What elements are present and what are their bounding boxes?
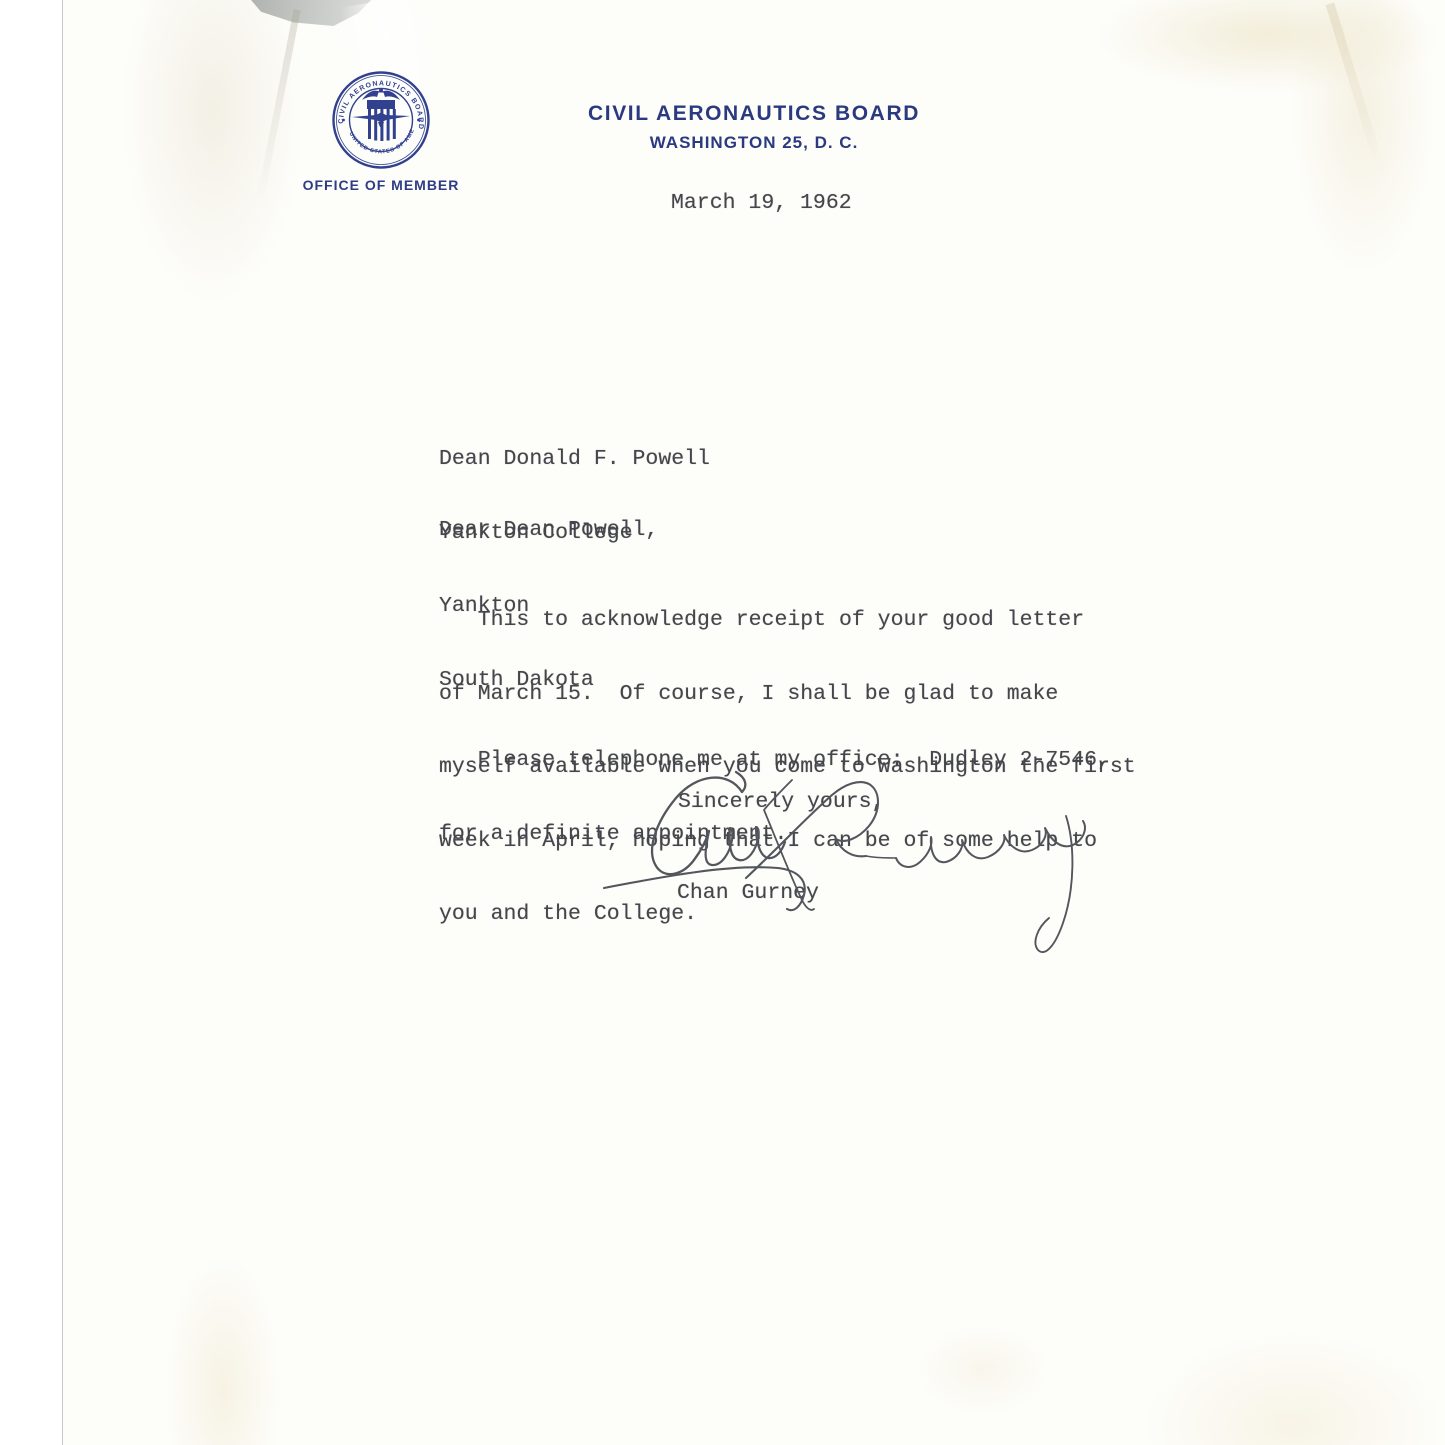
office-of-member-label: OFFICE OF MEMBER (301, 177, 461, 193)
agency-address: WASHINGTON 25, D. C. (63, 133, 1445, 153)
agency-name: CIVIL AERONAUTICS BOARD (63, 102, 1445, 126)
salutation: Dear Dean Powell, (439, 518, 658, 543)
torn-paper-notch (246, 0, 371, 26)
handwritten-signature (596, 758, 1156, 973)
recipient-line: Dean Donald F. Powell (439, 447, 710, 472)
body-line: This to acknowledge receipt of your good… (439, 608, 1136, 633)
scanned-letter: CIVIL AERONAUTICS BOARD UNITED STATES OF… (0, 0, 1445, 1445)
letter-paper: CIVIL AERONAUTICS BOARD UNITED STATES OF… (62, 0, 1445, 1445)
seal-eagle-icon (362, 89, 400, 101)
letter-date: March 19, 1962 (671, 191, 852, 216)
